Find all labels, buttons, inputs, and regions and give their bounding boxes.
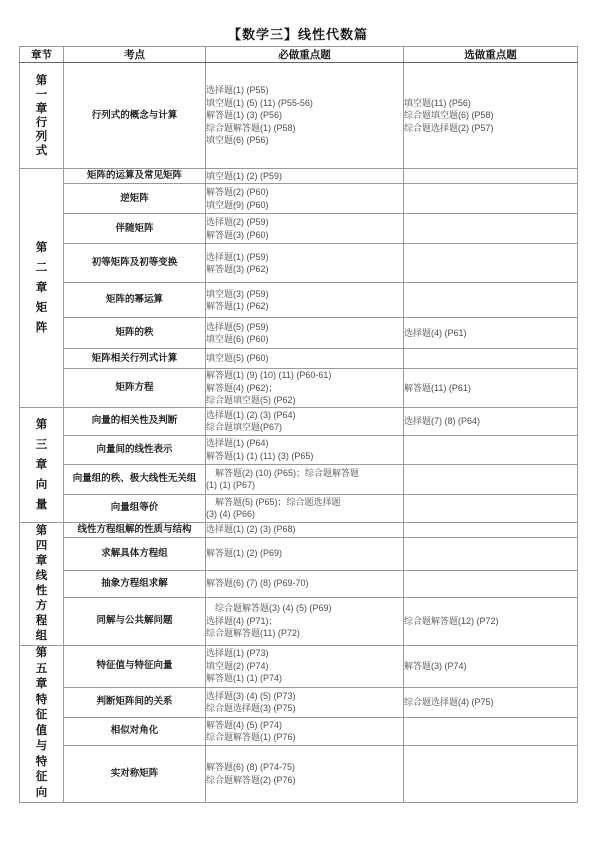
question-line: 解答题(11) (P61) bbox=[404, 382, 577, 395]
question-line: 综合题选择题(2) (P57) bbox=[404, 122, 577, 135]
optional-cell bbox=[404, 283, 578, 318]
must-cell: 选择题(1) (P73)填空题(2) (P74)解答题(1) (1) (P74) bbox=[206, 645, 404, 687]
question-line: 填空题(6) (P56) bbox=[206, 134, 403, 147]
question-line: 选择题(7) (8) (P64) bbox=[404, 415, 577, 428]
must-cell: 选择题(1) (P64)解答题(1) (1) (11) (3) (P65) bbox=[206, 435, 404, 464]
question-line: 解答题(1) (1) (11) (3) (P65) bbox=[206, 450, 403, 463]
header-chapter: 章节 bbox=[20, 47, 64, 63]
question-line: (1) (1) (P67) bbox=[206, 479, 403, 492]
chapter-cell: 第三章向量 bbox=[20, 407, 64, 522]
question-line: 填空题(9) (P60) bbox=[206, 199, 403, 212]
chapter-cell: 第四章线性方程组 bbox=[20, 522, 64, 645]
header-optional: 选做重点题 bbox=[404, 47, 578, 63]
header-row: 章节 考点 必做重点题 选做重点题 bbox=[20, 47, 578, 63]
optional-cell: 选择题(4) (P61) bbox=[404, 318, 578, 349]
topic-cell: 行列式的概念与计算 bbox=[64, 63, 206, 169]
optional-cell bbox=[404, 537, 578, 570]
question-line: 解答题(3) (P62) bbox=[206, 263, 403, 276]
question-line: 综合题解答题(1) (P76) bbox=[206, 731, 403, 744]
table-row: 矩阵相关行列式计算填空题(5) (P60) bbox=[20, 349, 578, 369]
must-cell: 解答题(6) (7) (8) (P69-70) bbox=[206, 570, 404, 597]
optional-cell: 综合题解答题(12) (P72) bbox=[404, 597, 578, 645]
topic-cell: 相似对角化 bbox=[64, 717, 206, 745]
topic-cell: 向量的相关性及判断 bbox=[64, 407, 206, 435]
table-row: 伴随矩阵选择题(2) (P59)解答题(3) (P60) bbox=[20, 214, 578, 244]
topic-cell: 矩阵的运算及常见矩阵 bbox=[64, 169, 206, 184]
table-row: 相似对角化解答题(4) (5) (P74)综合题解答题(1) (P76) bbox=[20, 717, 578, 745]
topic-cell: 向量组的秩、极大线性无关组 bbox=[64, 464, 206, 494]
topic-cell: 求解具体方程组 bbox=[64, 537, 206, 570]
table-row: 第三章向量向量的相关性及判断选择题(1) (2) (3) (P64)综合题填空题… bbox=[20, 407, 578, 435]
optional-cell bbox=[404, 184, 578, 214]
optional-cell: 填空题(11) (P56)综合题填空题(6) (P58)综合题选择题(2) (P… bbox=[404, 63, 578, 169]
question-line: 解答题(1) (2) (P69) bbox=[206, 547, 403, 560]
topic-cell: 同解与公共解问题 bbox=[64, 597, 206, 645]
must-cell: 选择题(1) (P59)解答题(3) (P62) bbox=[206, 244, 404, 283]
must-cell: 解答题(4) (5) (P74)综合题解答题(1) (P76) bbox=[206, 717, 404, 745]
question-line: 选择题(3) (4) (5) (P73) bbox=[206, 690, 403, 703]
table-row: 初等矩阵及初等变换选择题(1) (P59)解答题(3) (P62) bbox=[20, 244, 578, 283]
question-line: (3) (4) (P66) bbox=[206, 508, 403, 521]
question-line: 解答题(4) (P62)； bbox=[206, 382, 403, 395]
topic-cell: 矩阵方程 bbox=[64, 369, 206, 408]
question-line: 综合题填空题(6) (P58) bbox=[404, 109, 577, 122]
must-cell: 填空题(5) (P60) bbox=[206, 349, 404, 369]
optional-cell bbox=[404, 214, 578, 244]
topic-cell: 矩阵的幂运算 bbox=[64, 283, 206, 318]
chapter-label: 第四章线性方程组 bbox=[36, 524, 48, 644]
optional-cell: 解答题(11) (P61) bbox=[404, 369, 578, 408]
table-row: 向量组等价 解答题(5) (P65)；综合题选择题(3) (4) (P66) bbox=[20, 494, 578, 522]
question-line: 综合题选择题(3) (P75) bbox=[206, 702, 403, 715]
optional-cell bbox=[404, 169, 578, 184]
question-line: 综合题选择题(4) (P75) bbox=[404, 696, 577, 709]
question-line: 解答题(3) (P60) bbox=[206, 229, 403, 242]
must-cell: 选择题(2) (P59)解答题(3) (P60) bbox=[206, 214, 404, 244]
question-line: 填空题(2) (P74) bbox=[206, 660, 403, 673]
optional-cell bbox=[404, 494, 578, 522]
topic-cell: 矩阵相关行列式计算 bbox=[64, 349, 206, 369]
question-line: 选择题(2) (P59) bbox=[206, 216, 403, 229]
question-line: 解答题(6) (7) (8) (P69-70) bbox=[206, 577, 403, 590]
optional-cell: 选择题(7) (8) (P64) bbox=[404, 407, 578, 435]
question-line: 解答题(5) (P65)；综合题选择题 bbox=[206, 496, 403, 509]
optional-cell bbox=[404, 464, 578, 494]
chapter-label: 第五章特征值与特征向 bbox=[36, 646, 48, 801]
table-row: 第四章线性方程组线性方程组解的性质与结构选择题(1) (2) (3) (P68) bbox=[20, 522, 578, 537]
optional-cell bbox=[404, 717, 578, 745]
topic-cell: 向量组等价 bbox=[64, 494, 206, 522]
topic-cell: 线性方程组解的性质与结构 bbox=[64, 522, 206, 537]
must-cell: 解答题(1) (9) (10) (11) (P60-61)解答题(4) (P62… bbox=[206, 369, 404, 408]
table-row: 矩阵的秩选择题(5) (P59)填空题(6) (P60)选择题(4) (P61) bbox=[20, 318, 578, 349]
must-cell: 选择题(5) (P59)填空题(6) (P60) bbox=[206, 318, 404, 349]
question-line: 填空题(3) (P59) bbox=[206, 288, 403, 301]
optional-cell bbox=[404, 435, 578, 464]
table-row: 向量组的秩、极大线性无关组 解答题(2) (10) (P65)；综合题解答题(1… bbox=[20, 464, 578, 494]
question-line: 解答题(4) (5) (P74) bbox=[206, 719, 403, 732]
question-line: 选择题(1) (P73) bbox=[206, 647, 403, 660]
question-line: 选择题(1) (P64) bbox=[206, 437, 403, 450]
optional-cell bbox=[404, 745, 578, 802]
question-line: 选择题(5) (P59) bbox=[206, 321, 403, 334]
table-row: 逆矩阵解答题(2) (P60)填空题(9) (P60) bbox=[20, 184, 578, 214]
question-line: 综合题解答题(12) (P72) bbox=[404, 615, 577, 628]
question-line: 综合题填空题(5) (P62) bbox=[206, 394, 403, 407]
question-line: 填空题(11) (P56) bbox=[404, 97, 577, 110]
question-line: 解答题(1) (3) (P56) bbox=[206, 109, 403, 122]
question-line: 综合题解答题(1) (P58) bbox=[206, 122, 403, 135]
header-must-do: 必做重点题 bbox=[206, 47, 404, 63]
table-row: 第一章行列式行列式的概念与计算选择题(1) (P55)填空题(1) (5) (1… bbox=[20, 63, 578, 169]
table-row: 第五章特征值与特征向特征值与特征向量选择题(1) (P73)填空题(2) (P7… bbox=[20, 645, 578, 687]
question-line: 解答题(1) (9) (10) (11) (P60-61) bbox=[206, 369, 403, 382]
question-line: 选择题(1) (2) (3) (P64) bbox=[206, 409, 403, 422]
table-row: 实对称矩阵解答题(6) (8) (P74-75)综合题解答题(2) (P76) bbox=[20, 745, 578, 802]
question-line: 选择题(1) (P59) bbox=[206, 251, 403, 264]
must-cell: 解答题(5) (P65)；综合题选择题(3) (4) (P66) bbox=[206, 494, 404, 522]
topic-cell: 实对称矩阵 bbox=[64, 745, 206, 802]
table-row: 矩阵的幂运算填空题(3) (P59)解答题(1) (P62) bbox=[20, 283, 578, 318]
optional-cell bbox=[404, 522, 578, 537]
page-title: 【数学三】线性代数篇 bbox=[0, 24, 596, 43]
optional-cell bbox=[404, 349, 578, 369]
question-line: 解答题(3) (P74) bbox=[404, 660, 577, 673]
topic-cell: 初等矩阵及初等变换 bbox=[64, 244, 206, 283]
question-line: 选择题(4) (P61) bbox=[404, 327, 577, 340]
optional-cell bbox=[404, 570, 578, 597]
table-row: 判断矩阵间的关系选择题(3) (4) (5) (P73)综合题选择题(3) (P… bbox=[20, 687, 578, 717]
chapter-cell: 第一章行列式 bbox=[20, 63, 64, 169]
topic-cell: 逆矩阵 bbox=[64, 184, 206, 214]
topic-cell: 特征值与特征向量 bbox=[64, 645, 206, 687]
must-cell: 填空题(1) (2) (P59) bbox=[206, 169, 404, 184]
question-line: 综合题解答题(3) (4) (5) (P69) bbox=[206, 602, 403, 615]
chapter-cell: 第五章特征值与特征向 bbox=[20, 645, 64, 802]
question-line: 填空题(5) (P60) bbox=[206, 352, 403, 365]
topic-cell: 判断矩阵间的关系 bbox=[64, 687, 206, 717]
topic-cell: 向量间的线性表示 bbox=[64, 435, 206, 464]
table-row: 同解与公共解问题 综合题解答题(3) (4) (5) (P69)选择题(4) (… bbox=[20, 597, 578, 645]
question-line: 填空题(1) (2) (P59) bbox=[206, 170, 403, 183]
topic-cell: 抽象方程组求解 bbox=[64, 570, 206, 597]
must-cell: 选择题(1) (P55)填空题(1) (5) (11) (P55-56)解答题(… bbox=[206, 63, 404, 169]
question-line: 综合题解答题(2) (P76) bbox=[206, 774, 403, 787]
topic-cell: 伴随矩阵 bbox=[64, 214, 206, 244]
chapter-label: 第二章矩阵 bbox=[36, 238, 48, 338]
must-cell: 综合题解答题(3) (4) (5) (P69)选择题(4) (P71)；综合题解… bbox=[206, 597, 404, 645]
question-line: 解答题(2) (10) (P65)；综合题解答题 bbox=[206, 467, 403, 480]
question-line: 填空题(1) (5) (11) (P55-56) bbox=[206, 97, 403, 110]
table-row: 求解具体方程组解答题(1) (2) (P69) bbox=[20, 537, 578, 570]
table-row: 第二章矩阵矩阵的运算及常见矩阵填空题(1) (2) (P59) bbox=[20, 169, 578, 184]
chapter-label: 第一章行列式 bbox=[36, 74, 48, 158]
table-row: 向量间的线性表示选择题(1) (P64)解答题(1) (1) (11) (3) … bbox=[20, 435, 578, 464]
optional-cell bbox=[404, 244, 578, 283]
question-line: 填空题(6) (P60) bbox=[206, 333, 403, 346]
chapter-label: 第三章向量 bbox=[36, 415, 48, 515]
header-topic: 考点 bbox=[64, 47, 206, 63]
question-line: 解答题(1) (1) (P74) bbox=[206, 672, 403, 685]
table-row: 抽象方程组求解解答题(6) (7) (8) (P69-70) bbox=[20, 570, 578, 597]
question-line: 综合题填空题(P67) bbox=[206, 421, 403, 434]
must-cell: 选择题(3) (4) (5) (P73)综合题选择题(3) (P75) bbox=[206, 687, 404, 717]
optional-cell: 综合题选择题(4) (P75) bbox=[404, 687, 578, 717]
must-cell: 解答题(6) (8) (P74-75)综合题解答题(2) (P76) bbox=[206, 745, 404, 802]
optional-cell: 解答题(3) (P74) bbox=[404, 645, 578, 687]
must-cell: 解答题(2) (P60)填空题(9) (P60) bbox=[206, 184, 404, 214]
chapter-cell: 第二章矩阵 bbox=[20, 169, 64, 408]
question-line: 综合题解答题(11) (P72) bbox=[206, 627, 403, 640]
question-line: 解答题(1) (P62) bbox=[206, 300, 403, 313]
question-line: 解答题(6) (8) (P74-75) bbox=[206, 761, 403, 774]
must-cell: 填空题(3) (P59)解答题(1) (P62) bbox=[206, 283, 404, 318]
must-cell: 选择题(1) (2) (3) (P64)综合题填空题(P67) bbox=[206, 407, 404, 435]
question-line: 选择题(1) (P55) bbox=[206, 84, 403, 97]
question-line: 选择题(4) (P71)； bbox=[206, 615, 403, 628]
question-line: 解答题(2) (P60) bbox=[206, 186, 403, 199]
must-cell: 选择题(1) (2) (3) (P68) bbox=[206, 522, 404, 537]
exam-topics-table: 章节 考点 必做重点题 选做重点题 第一章行列式行列式的概念与计算选择题(1) … bbox=[19, 46, 578, 803]
topic-cell: 矩阵的秩 bbox=[64, 318, 206, 349]
must-cell: 解答题(2) (10) (P65)；综合题解答题(1) (1) (P67) bbox=[206, 464, 404, 494]
table-row: 矩阵方程解答题(1) (9) (10) (11) (P60-61)解答题(4) … bbox=[20, 369, 578, 408]
must-cell: 解答题(1) (2) (P69) bbox=[206, 537, 404, 570]
question-line: 选择题(1) (2) (3) (P68) bbox=[206, 523, 403, 536]
